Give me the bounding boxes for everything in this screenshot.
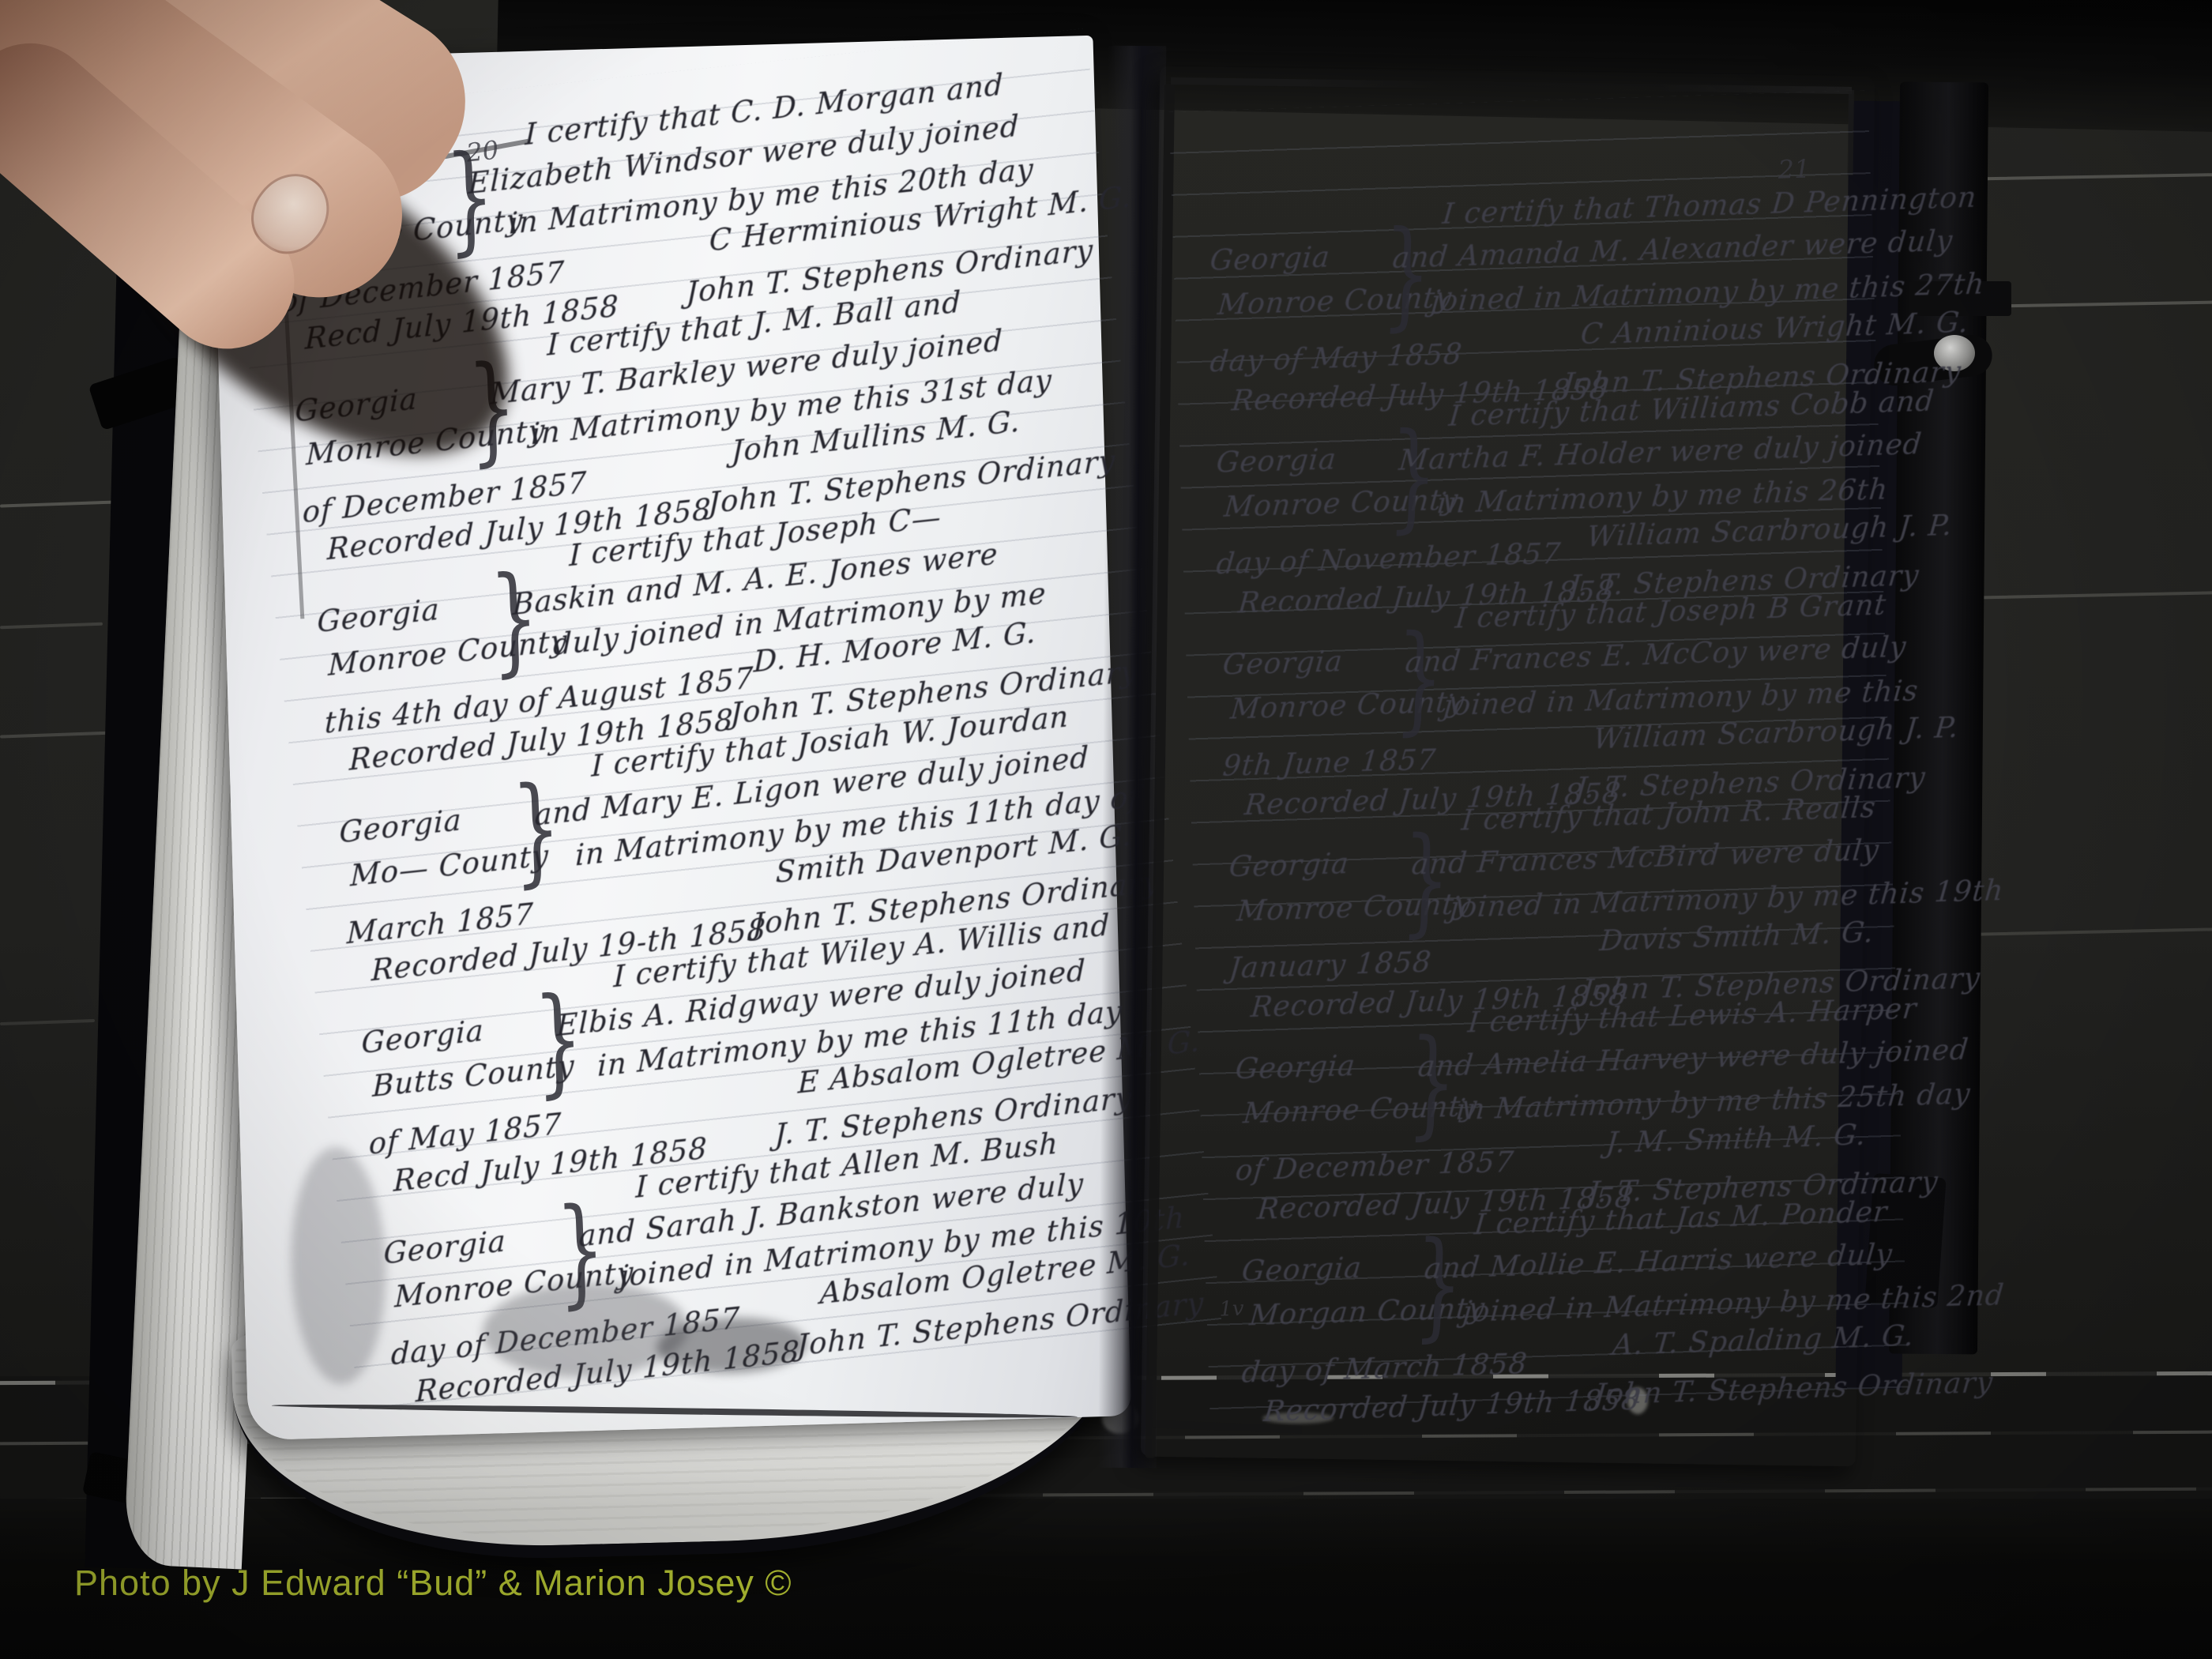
entry-names-line: and Frances McBird were duly	[1410, 834, 1881, 882]
entry-state: Georgia	[317, 592, 440, 639]
entry-state: Georgia	[339, 803, 462, 850]
minister-signature: Davis Smith M. G.	[1598, 916, 1875, 957]
entry-state: Georgia	[1240, 1252, 1364, 1288]
entry-names-line: Martha F. Holder were duly joined	[1398, 428, 1924, 477]
entry-recorded-line: Recorded July 19th 1858	[1262, 1384, 1642, 1428]
entry-state: Georgia	[383, 1224, 506, 1271]
right-page-entries: Georgia Monroe County } I certify that T…	[1205, 185, 1899, 1453]
record-entry: Georgia Monroe County } I certify that L…	[1231, 994, 1893, 1221]
right-page: 21 1v Georgia Monroe County } I certify …	[1141, 66, 1875, 1466]
minister-signature: J. M. Smith M. G.	[1604, 1119, 1868, 1160]
entry-names-line: and Mollie E. Harris were duly	[1423, 1239, 1894, 1286]
record-entry: Georgia Monroe County } I certify that J…	[1224, 792, 1887, 1019]
wall-panel-seam	[0, 623, 103, 630]
wall-panel-seam	[0, 731, 115, 738]
entry-state: Georgia	[1209, 242, 1332, 278]
right-page-content: 21 1v Georgia Monroe County } I certify …	[1160, 58, 1918, 1471]
record-entry: Georgia Monroe County } I certify that T…	[1205, 185, 1867, 412]
record-entry: Georgia Monroe County } I certify that J…	[1218, 589, 1880, 817]
watermark-credit: Photo by J Edward “Bud” & Marion Josey ©	[74, 1563, 792, 1604]
wall-panel-seam	[0, 1019, 95, 1025]
entry-names-line: and Frances E. McCoy were duly	[1404, 631, 1908, 679]
record-entry: Georgia Monroe County } I certify that W…	[1212, 387, 1874, 615]
entry-date-line: day of November 1857	[1215, 538, 1563, 581]
entry-names-line: and Amelia Harvey were duly joined	[1416, 1034, 1970, 1084]
entry-date-line: day of March 1858	[1240, 1348, 1529, 1389]
entry-state: Georgia	[1221, 645, 1345, 682]
page-number: 21	[1777, 153, 1811, 184]
entry-date-line: day of May 1858	[1209, 338, 1464, 378]
entry-state: Georgia	[1228, 848, 1351, 884]
entry-date-line: January 1858	[1228, 946, 1433, 985]
entry-date-line: of December 1857	[1234, 1146, 1515, 1187]
entry-state: Georgia	[361, 1013, 484, 1060]
photo-of-record-book: 20 Georgia Monroe County } I certify tha…	[0, 0, 2212, 1659]
hand	[0, 0, 711, 553]
record-entry: Georgia Morgan County } I certify that J…	[1237, 1196, 1899, 1424]
entry-state: Georgia	[1215, 443, 1338, 480]
minister-signature: A. T. Spalding M. G.	[1611, 1320, 1916, 1362]
entry-date-line: 9th June 1857	[1221, 744, 1438, 784]
entry-state: Georgia	[1234, 1050, 1357, 1086]
